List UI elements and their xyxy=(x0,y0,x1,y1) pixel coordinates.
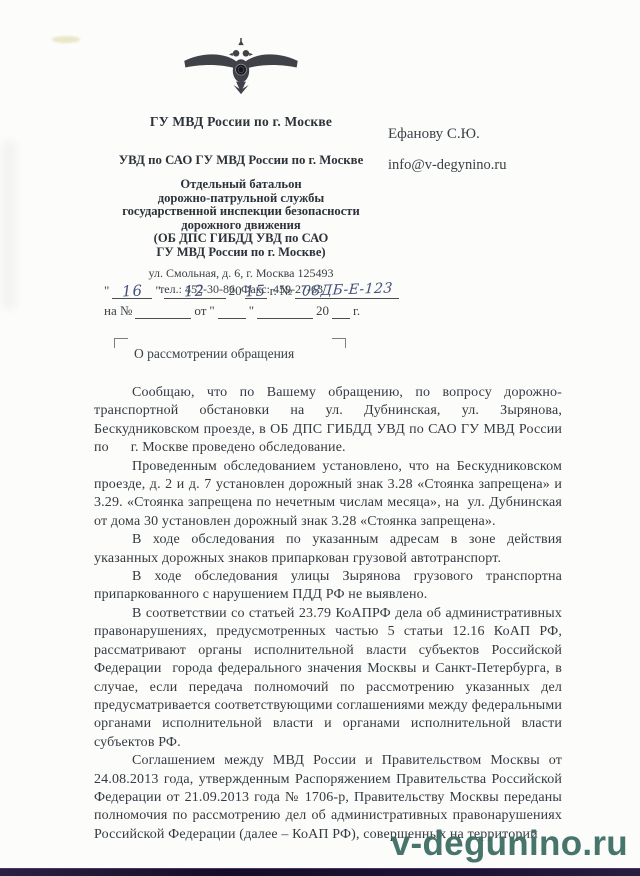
month-field: 12 xyxy=(164,283,226,299)
handwritten-month: 12 xyxy=(184,281,206,300)
handwritten-day: 16 xyxy=(121,281,143,300)
day-field: 16 xyxy=(112,283,152,299)
reference-block: " 16 " 12 20 15 г. № 08ДБ-Е-123 на № от … xyxy=(104,283,414,319)
reply-month-blank xyxy=(257,303,313,319)
addressee-name: Ефанову С.Ю. xyxy=(388,126,623,143)
corner-mark-right-icon xyxy=(332,338,346,348)
reply-to-line: на № от " " 20 г. xyxy=(104,303,414,319)
letter-body: Сообщаю, что по Вашему обращению, по воп… xyxy=(94,384,562,844)
letterhead: ГУ МВД России по г. Москве УВД по САО ГУ… xyxy=(60,114,422,297)
handwritten-number: 08ДБ-Е-123 xyxy=(301,280,393,299)
scan-artifact xyxy=(2,140,16,310)
paragraph: В соответствии со статьей 23.79 КоАПРФ д… xyxy=(94,605,562,752)
letterhead-address: ул. Смольная, д. 6, г. Москва 125493 xyxy=(60,266,422,281)
number-sign: № xyxy=(280,283,292,299)
letterhead-unit-line: Отдельный батальон xyxy=(60,178,422,192)
paragraph: В ходе обследования по указанным адресам… xyxy=(94,531,562,568)
reply-year-suffix: г. xyxy=(353,303,360,319)
quote-mark: " xyxy=(104,283,109,299)
year-suffix: г. xyxy=(270,283,277,299)
scan-artifact xyxy=(52,36,80,43)
year-field: 15 xyxy=(245,283,267,299)
scanner-edge-band xyxy=(0,868,640,876)
mvd-double-eagle-icon xyxy=(181,30,301,106)
letterhead-parent-org: ГУ МВД России по г. Москве xyxy=(60,114,422,130)
letterhead-unit-line: ГУ МВД России по г. Москве) xyxy=(60,246,422,260)
letterhead-unit-line: дорожного движения xyxy=(60,219,422,233)
reply-day-blank xyxy=(218,303,246,319)
paragraph: Сообщаю, что по Вашему обращению, по воп… xyxy=(94,384,562,458)
subject-block: О рассмотрении обращения xyxy=(114,338,346,364)
quote-mark: " xyxy=(209,303,214,319)
letterhead-unit-line: дорожно-патрульной службы xyxy=(60,192,422,206)
scanned-letter-page: ГУ МВД России по г. Москве УВД по САО ГУ… xyxy=(0,0,640,876)
paragraph: В ходе обследования улицы Зырянова грузо… xyxy=(94,568,562,605)
paragraph: Проведенным обследованием установлено, ч… xyxy=(94,458,562,532)
year-prefix: 20 xyxy=(229,283,242,299)
quote-mark: " xyxy=(155,283,160,299)
subject-line: О рассмотрении обращения xyxy=(134,346,294,362)
quote-mark: " xyxy=(249,303,254,319)
addressee-email: info@v-degynino.ru xyxy=(388,157,623,174)
addressee-block: Ефанову С.Ю. info@v-degynino.ru xyxy=(388,126,623,174)
corner-mark-left-icon xyxy=(114,338,128,348)
reply-label: на № xyxy=(104,303,132,319)
reply-year-prefix: 20 xyxy=(316,303,329,319)
letterhead-unit-line: (ОБ ДПС ГИБДД УВД по САО xyxy=(60,232,422,246)
outgoing-number-field: 08ДБ-Е-123 xyxy=(295,283,399,299)
letterhead-unit-name: Отдельный батальон дорожно-патрульной сл… xyxy=(60,178,422,260)
handwritten-year: 15 xyxy=(245,281,267,300)
reply-number-blank xyxy=(135,303,191,319)
site-watermark: v-degunino.ru xyxy=(391,824,628,864)
reply-year-blank xyxy=(332,303,350,319)
ot-label: от xyxy=(194,303,206,319)
outgoing-date-number-line: " 16 " 12 20 15 г. № 08ДБ-Е-123 xyxy=(104,283,414,299)
letterhead-unit-line: государственной инспекции безопасности xyxy=(60,205,422,219)
letterhead-division: УВД по САО ГУ МВД России по г. Москве xyxy=(60,153,422,168)
